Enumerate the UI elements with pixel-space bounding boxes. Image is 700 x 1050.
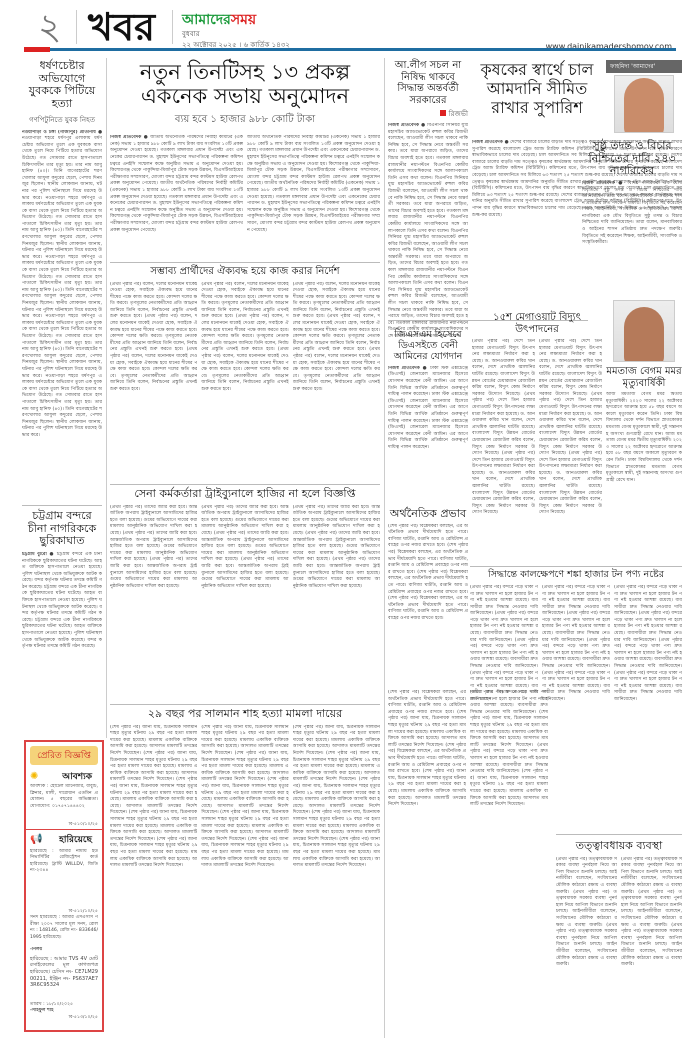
body-text: জাতীয় অর্থনৈতিক পরিষদের নির্বাহী কমিটির… bbox=[247, 181, 380, 232]
wanted-label: আবশ্যক bbox=[38, 769, 98, 784]
article-economic: অর্থনৈতিক প্রভাব (শেষ পৃষ্ঠার পর) বিশ্লে… bbox=[388, 508, 468, 699]
headline: ধর্ষণচেষ্টার অভিযোগে যুবককে পিটিয়ে হত্য… bbox=[22, 60, 102, 111]
classifieds-title: প্রেরিত বিজ্ঞপ্তি bbox=[30, 746, 98, 765]
source-tag: রিজভী bbox=[449, 110, 468, 118]
article-body: চট্টগ্রাম ব্যুরো ● চট্টগ্রাম বন্দরে এক চ… bbox=[22, 552, 102, 717]
headline: আ.লীগ সচল না নিষিদ্ধ থাকবে সিদ্ধান্ত অন্… bbox=[388, 60, 468, 106]
body-text: (প্রথম পৃষ্ঠার পর) বন্দরে পড়ে থাকা পণ্য… bbox=[470, 690, 548, 715]
article-body: (প্রথম পৃষ্ঠার পর) দেশে তিন হাজার মেগাওয… bbox=[539, 339, 602, 584]
article-candidates: সম্ভাব্য প্রার্থীদের ঐক্যবদ্ধ হয়ে কাজ ক… bbox=[110, 266, 380, 482]
body-text: নওয়াপাড়া শহরে ধর্ষণপুর এলাকায় ধর্ষণচে… bbox=[22, 136, 102, 200]
subhead: গণপিটুনিতে যুবক নিহত bbox=[22, 114, 102, 126]
body-text: আজ মমতাজ বেগম মমর দ্বিতীয় মৃত্যুবার্ষিক… bbox=[606, 432, 682, 483]
body-text: (প্রথম পৃষ্ঠার পর) তত্ত্বাবধায়ক সরকার ব… bbox=[556, 923, 617, 968]
article-body: (প্রথম পৃষ্ঠার পর) বলেন, দলের মনোনয়ন যা… bbox=[201, 282, 288, 482]
article-body: (শেষ পৃষ্ঠার পর) জানা যায়, চিত্রনায়ক স… bbox=[293, 725, 380, 1045]
page-number: ২ bbox=[38, 10, 61, 46]
headline: জিএসএম হিসেবে ডিএসইতে বেনী আমিনের যোগদান bbox=[388, 330, 468, 363]
article-left-top: ধর্ষণচেষ্টার অভিযোগে যুবককে পিটিয়ে হত্য… bbox=[22, 60, 102, 550]
section-title: খবর bbox=[88, 8, 155, 46]
wanted-ref: বি-৫১০/১০/২৫ bbox=[26, 822, 102, 829]
masthead-accent bbox=[24, 47, 50, 52]
byline: নিজস্ব প্রতিবেদক ● bbox=[388, 123, 425, 128]
byline: নওয়াপাড়া ও টঙ্গী (গাজীপুর) প্রতিনিধি ● bbox=[22, 130, 102, 135]
portrait-image bbox=[624, 78, 664, 133]
columnist-label: ফাহমিদা 'আমাদের' bbox=[606, 60, 682, 73]
body-text: নওয়াপাড়া শহরে ধর্ষণপুর এলাকায় ধর্ষণচে… bbox=[22, 314, 102, 378]
body-text: (প্রথম পৃষ্ঠার পর) দেশে তিন হাজার মেগাওয… bbox=[472, 339, 535, 397]
body-text: (প্রথম পৃষ্ঠার পর) তত্ত্বাবধায়ক সরকার ব… bbox=[621, 923, 682, 968]
lead-subhead: ব্যয় হবে ১ হাজার ৯৮৮ কোটি টাকা bbox=[110, 112, 380, 129]
body-text: (শেষ পৃষ্ঠার পর) বিশ্লেষকরা বলছেন, এর অর… bbox=[388, 596, 468, 621]
body-text: নওয়াপাড়া শহরে ধর্ষণপুর এলাকায় ধর্ষণচে… bbox=[22, 196, 102, 260]
article-body: (প্রথম পৃষ্ঠার পর) বন্দরে পড়ে থাকা পণ্য… bbox=[542, 585, 610, 845]
headline: সুষ্ঠু তদন্ত ও বিচার নিশ্চিতের দাবি ২৪৩ … bbox=[582, 140, 682, 178]
headline: ১৫শ মেগাওয়াট বিদ্যুৎ উৎপাদনের bbox=[472, 312, 602, 335]
portrait-image bbox=[624, 307, 664, 362]
byline: চট্টগ্রাম ব্যুরো ● bbox=[22, 552, 54, 557]
article-jsm: জিএসএম হিসেবে ডিএসইতে বেনী আমিনের যোগদান… bbox=[388, 330, 468, 486]
body-text: (প্রথম পৃষ্ঠার পর) বলেন, দলের মনোনয়ন যা… bbox=[110, 314, 197, 352]
masthead-rule bbox=[24, 48, 676, 51]
article-opinion: সুষ্ঠু তদন্ত ও বিচার নিশ্চিতের দাবি ২৪৩ … bbox=[582, 140, 682, 291]
article-body: নিজস্ব প্রতিবেদক ● বিশিষ্ট নাগরিকরা এক য… bbox=[582, 181, 682, 291]
lost-ref: বি-৫১২/১০/২৫ bbox=[26, 909, 102, 916]
article-body: (প্রথম পৃষ্ঠার পর) বলেন, দলের মনোনয়ন যা… bbox=[293, 282, 380, 482]
article-rice: কৃষকের স্বার্থে চাল আমদানি সীমিত রাখার স… bbox=[472, 60, 602, 118]
body-text: চট্টগ্রাম বন্দরে এক চীনা নাগরিককে ছুরিকা… bbox=[22, 618, 102, 649]
columnist-photo bbox=[614, 75, 674, 133]
article-body: নওয়াপাড়া ও টঙ্গী (গাজীপুর) প্রতিনিধি ●… bbox=[22, 130, 102, 550]
headline: কৃষকের স্বার্থে চাল আমদানি সীমিত রাখার স… bbox=[472, 60, 602, 118]
article-body: (প্রথম পৃষ্ঠার পর) বলেন, দলের মনোনয়ন যা… bbox=[110, 282, 197, 482]
notice-body: সনদ হারিয়েছে : আমার এসএসসি পরীক্ষা ২০০৭… bbox=[26, 915, 102, 947]
article-body: (শেষ পৃষ্ঠার পর) জানা যায়, চিত্রনায়ক স… bbox=[110, 725, 197, 1045]
headline: ২৯ বছর পর সালমান শাহ হত্যা মামলা দায়ের bbox=[110, 708, 380, 721]
body-text: বিএনপির সিনিয়র যুগ্ম মহাসচিব অ্যাডভোকেট… bbox=[388, 229, 468, 287]
classifieds-box: প্রেরিত বিজ্ঞপ্তি ✺ আবশ্যক আবশ্যক : হোটে… bbox=[24, 740, 104, 1032]
bullet-icon bbox=[440, 110, 446, 116]
logo-text-green: আমাদের bbox=[182, 12, 231, 28]
notice-name: -নিলয় bbox=[26, 947, 102, 954]
sun-icon: ✺ bbox=[30, 771, 38, 782]
lead-headline-2: একনেক সভায় অনুমোদন bbox=[110, 84, 380, 108]
body-text: (প্রথম পৃষ্ঠার পর) বন্দরে পড়ে থাকা পণ্য… bbox=[614, 671, 682, 702]
body-text: (প্রথম পৃষ্ঠার পর) বলেন, দলের মনোনয়ন যা… bbox=[293, 347, 380, 392]
lead-headline-1: নতুন তিনটিসহ ১৩ প্রকল্প bbox=[110, 60, 380, 84]
opinion-column: ফাহমিদা 'আমাদের' bbox=[606, 60, 682, 133]
headline: সিদ্ধান্তে কালক্ষেপণে শঙ্কা হাজার টন পণ্… bbox=[470, 570, 682, 581]
body-text: (প্রথম পৃষ্ঠার পর) দেশে তিন হাজার মেগাওয… bbox=[539, 339, 602, 397]
wanted-body: আবশ্যক : হোটেল ম্যানেজার, বাবুর্চি, ক্লি… bbox=[26, 784, 102, 822]
article-body: আজ মমতাজ বেগম মমর দ্বিতীয় মৃত্যুবার্ষিক… bbox=[606, 392, 682, 522]
headline: সেনা কর্মকর্তারা ট্রাইব্যুনালে হাজির না … bbox=[110, 488, 380, 501]
article-megawatt: ১৫শ মেগাওয়াট বিদ্যুৎ উৎপাদনের (প্রথম পৃ… bbox=[472, 312, 602, 584]
obituary: মমতাজ বেগম মমর মৃত্যুবার্ষিকী আজ মমতাজ ব… bbox=[606, 300, 682, 522]
divider bbox=[22, 505, 102, 506]
article-body: (প্রথম পৃষ্ঠার পর) তাদের জারি করা হবে। আ… bbox=[110, 505, 197, 645]
body-text: জাতীয় অর্থনৈতিক পরিষদের নির্বাহী কমিটির… bbox=[110, 181, 243, 232]
divider bbox=[556, 834, 682, 835]
body-text: বিএনপির সিনিয়র যুগ্ম মহাসচিব অ্যাডভোকেট… bbox=[388, 123, 468, 181]
article-tribunal: সেনা কর্মকর্তারা ট্রাইব্যুনালে হাজির না … bbox=[110, 488, 380, 645]
obituary-photo bbox=[613, 300, 675, 362]
body-text: (প্রথম পৃষ্ঠার পর) বলেন, দলের মনোনয়ন যা… bbox=[293, 314, 380, 352]
vehicle-date: তারিখ : ১৮/১০/২০২৫ bbox=[26, 1002, 102, 1009]
body-text: (প্রথম পৃষ্ঠার পর) বলেন, দলের মনোনয়ন যা… bbox=[201, 347, 288, 392]
column-divider bbox=[384, 58, 385, 1038]
article-body: (প্রথম পৃষ্ঠার পর) তত্ত্বাবধায়ক সরকার ব… bbox=[621, 857, 682, 1042]
article-salman: ২৯ বছর পর সালমান শাহ হত্যা মামলা দায়ের … bbox=[110, 708, 380, 1045]
lost-body: হারিয়েছে : আমার নামীয় ইউনিভার্সিটির রে… bbox=[26, 849, 102, 909]
headline: তত্ত্বাবধায়ক ব্যবস্থা bbox=[556, 840, 682, 853]
body-text: (প্রথম পৃষ্ঠার পর) বলেন, দলের মনোনয়ন যা… bbox=[110, 347, 197, 392]
vehicle-body: হারিয়েছে : আমার TVS 4V মোটরসাইকেলের মূল… bbox=[26, 954, 102, 1002]
article-oversight: তত্ত্বাবধায়ক ব্যবস্থা (প্রথম পৃষ্ঠার পর… bbox=[556, 840, 682, 1042]
body-text: (প্রথম পৃষ্ঠার পর) দেশে তিন হাজার মেগাওয… bbox=[472, 392, 535, 456]
article-body: (প্রথম পৃষ্ঠার পর) বন্দরে পড়ে থাকা পণ্য… bbox=[470, 690, 548, 1030]
body-text: (প্রথম পৃষ্ঠার পর) দেশে তিন হাজার মেগাওয… bbox=[539, 451, 602, 515]
byline: নিজস্ব প্রতিবেদক ● bbox=[110, 135, 148, 140]
headline: সম্ভাব্য প্রার্থীদের ঐক্যবদ্ধ হয়ে কাজ ক… bbox=[110, 266, 380, 278]
body-text: বিশিষ্ট নাগরিকরা এক যৌথ বিবৃতিতে সুষ্ঠু … bbox=[582, 207, 682, 245]
article-chattogram: চট্টগ্রাম বন্দরে চীনা নাগরিককে ছুরিকাঘাত… bbox=[22, 510, 102, 717]
headline: অর্থনৈতিক প্রভাব bbox=[388, 508, 468, 521]
article-continued: (শেষ পৃষ্ঠার পর) বিশ্লেষকরা বলছেন, এর অর… bbox=[388, 690, 548, 1030]
article-body: (প্রথম পৃষ্ঠার পর) তত্ত্বাবধায়ক সরকার ব… bbox=[556, 857, 617, 1042]
column-divider bbox=[106, 58, 107, 738]
divider bbox=[470, 566, 682, 567]
vehicle-name: -সাইফুল শাহ bbox=[26, 1008, 102, 1015]
article-body: (প্রথম পৃষ্ঠার পর) বন্দরে পড়ে থাকা পণ্য… bbox=[614, 585, 682, 845]
body-text: নওয়াপাড়া শহরে ধর্ষণপুর এলাকায় ধর্ষণচে… bbox=[22, 255, 102, 319]
article-body: (প্রথম পৃষ্ঠার পর) দেশে তিন হাজার মেগাওয… bbox=[472, 339, 535, 584]
megaphone-icon: 📢 bbox=[30, 834, 42, 845]
lost-label: হারিয়েছে bbox=[42, 832, 98, 847]
body-text: (প্রথম পৃষ্ঠার পর) দেশে তিন হাজার মেগাওয… bbox=[472, 451, 535, 515]
article-body: (শেষ পৃষ্ঠার পর) বিশ্লেষকরা বলছেন, এর অর… bbox=[388, 690, 466, 1030]
body-text: (প্রথম পৃষ্ঠার পর) বলেন, দলের মনোনয়ন যা… bbox=[201, 314, 288, 352]
body-text: (প্রথম পৃষ্ঠার পর) দেশে তিন হাজার মেগাওয… bbox=[539, 392, 602, 456]
byline: নিজস্ব প্রতিবেদক ● bbox=[472, 140, 509, 145]
body-text: (প্রথম পৃষ্ঠার পর) বন্দরে পড়ে থাকা পণ্য… bbox=[542, 671, 610, 702]
divider bbox=[172, 10, 173, 44]
vehicle-ref: বি-৫১৩/১০/২৫ bbox=[26, 1015, 102, 1022]
divider bbox=[76, 10, 77, 44]
byline: নিজস্ব প্রতিবেদক ● bbox=[388, 366, 428, 371]
headline: চট্টগ্রাম বন্দরে চীনা নাগরিককে ছুরিকাঘাত bbox=[22, 510, 102, 548]
body-text: (শেষ পৃষ্ঠার পর) জানা যায়, চিত্রনায়ক স… bbox=[470, 769, 548, 807]
body-text: নওয়াপাড়া শহরে ধর্ষণপুর এলাকায় ধর্ষণচে… bbox=[22, 374, 102, 438]
body-text: (শেষ পৃষ্ঠার পর) বিশ্লেষকরা বলছেন, এর অর… bbox=[388, 690, 466, 715]
body-text: জাতীয় অর্থনৈতিক পরিষদের নির্বাহী কমিটির… bbox=[110, 135, 243, 186]
article-lead: নতুন তিনটিসহ ১৩ প্রকল্প একনেক সভায় অনুম… bbox=[110, 60, 380, 285]
divider bbox=[110, 262, 380, 263]
body-text: আজ মমতাজ বেগম মমর দ্বিতীয় মৃত্যুবার্ষিক… bbox=[606, 392, 682, 437]
body-text: জাতীয় অর্থনৈতিক পরিষদের নির্বাহী কমিটির… bbox=[247, 135, 380, 186]
body-text: বিএনপির সিনিয়র যুগ্ম মহাসচিব অ্যাডভোকেট… bbox=[388, 176, 468, 234]
article-body: নিজস্ব প্রতিবেদক ● ঢাকা স্টক এক্সচেঞ্জে … bbox=[388, 366, 468, 486]
article-body: (শেষ পৃষ্ঠার পর) বিশ্লেষকরা বলছেন, এর অর… bbox=[388, 524, 468, 699]
article-body: (শেষ পৃষ্ঠার পর) জানা যায়, চিত্রনায়ক স… bbox=[201, 725, 288, 1045]
logo-text-red: সময় bbox=[231, 12, 256, 28]
divider bbox=[110, 484, 380, 485]
article-body: (প্রথম পৃষ্ঠার পর) তাদের জারি করা হবে। আ… bbox=[201, 505, 288, 645]
headline: মমতাজ বেগম মমর মৃত্যুবার্ষিকী bbox=[606, 366, 682, 389]
article-body: (প্রথম পৃষ্ঠার পর) তাদের জারি করা হবে। আ… bbox=[293, 505, 380, 645]
byline: নিজস্ব প্রতিবেদক ● bbox=[582, 181, 624, 186]
divider bbox=[110, 704, 380, 705]
body-text: (শেষ পৃষ্ঠার পর) জানা যায়, চিত্রনায়ক স… bbox=[388, 769, 466, 807]
